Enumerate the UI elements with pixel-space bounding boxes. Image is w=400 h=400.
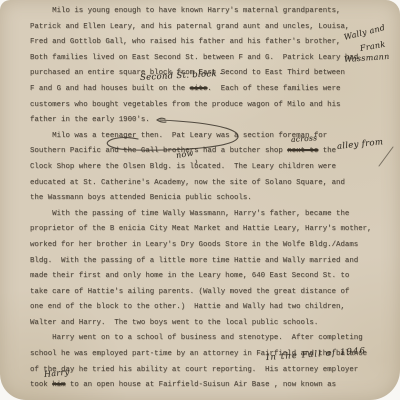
typed-line: made their first and only home in the Le… bbox=[0, 269, 400, 285]
scanned-page: Milo is young enough to have known Harry… bbox=[0, 0, 400, 400]
typed-segment: . Each of these families were bbox=[207, 85, 340, 93]
typed-segment: worked for her brother in Leary's Dry Go… bbox=[30, 241, 358, 249]
typed-segment: Milo was a teenager then. Pat Leary was … bbox=[30, 132, 327, 140]
typed-segment: Harry went on to a school of business an… bbox=[30, 334, 363, 342]
typed-segment: Fred and Gottlob Gall, who raised his fa… bbox=[30, 38, 340, 46]
typed-line: Walter and Harry. The two boys went to t… bbox=[0, 316, 400, 332]
typed-segment: Clock Shop where the Olsen Bldg. is loca… bbox=[30, 163, 336, 171]
typed-line: took him to an open house at Fairfield-S… bbox=[0, 378, 400, 394]
struck-word: next to bbox=[287, 147, 318, 155]
typed-segment: F and G and had houses built on the bbox=[30, 85, 190, 93]
typed-segment: With the passing of time Wally Wassmann,… bbox=[30, 210, 349, 218]
typed-segment: father in the early 1900's. bbox=[30, 116, 150, 124]
typed-line: proprietor of the B enicia City Meat Mar… bbox=[0, 222, 400, 238]
typed-line: worked for her brother in Leary's Dry Go… bbox=[0, 238, 400, 254]
typed-line: Milo is young enough to have known Harry… bbox=[0, 4, 400, 20]
typed-segment: take care of Hattie's ailing parents. (W… bbox=[30, 288, 349, 296]
typed-segment: the Wassmann boys attended Benicia publi… bbox=[30, 194, 252, 202]
typed-line: customers who bought vegetables from the… bbox=[0, 98, 400, 114]
typed-segment: one end of the block to the other.) Hatt… bbox=[30, 303, 345, 311]
typed-segment: customers who bought vegetables from the… bbox=[30, 101, 340, 109]
typed-line: Fred and Gottlob Gall, who raised his fa… bbox=[0, 35, 400, 51]
struck-word: him bbox=[52, 381, 65, 389]
typed-line: Both families lived on East Second St. b… bbox=[0, 51, 400, 67]
typed-segment: Walter and Harry. The two boys went to t… bbox=[30, 319, 318, 327]
typed-segment: Both families lived on East Second St. b… bbox=[30, 54, 358, 62]
typed-segment: Milo is young enough to have known Harry… bbox=[30, 7, 340, 15]
typed-line: educated at St. Catherine's Academy, now… bbox=[0, 176, 400, 192]
typed-segment: of the day he tried his ability at court… bbox=[30, 366, 358, 374]
typed-segment: made their first and only home in the Le… bbox=[30, 272, 349, 280]
typed-segment: educated at St. Catherine's Academy, now… bbox=[30, 179, 345, 187]
typed-line: Bldg. With the passing of a little more … bbox=[0, 254, 400, 270]
typed-line: father in the early 1900's. bbox=[0, 113, 400, 129]
typed-segment: took bbox=[30, 381, 52, 389]
struck-word: site bbox=[190, 85, 208, 93]
typed-segment: to an open house at Fairfield-Suisun Air… bbox=[66, 381, 337, 389]
typed-line: Patrick and Ellen Leary, and his paterna… bbox=[0, 20, 400, 36]
typed-line: F and G and had houses built on the site… bbox=[0, 82, 400, 98]
typed-line: one end of the block to the other.) Hatt… bbox=[0, 300, 400, 316]
typed-line: take care of Hattie's ailing parents. (W… bbox=[0, 285, 400, 301]
typed-line: With the passing of time Wally Wassmann,… bbox=[0, 207, 400, 223]
typed-line: Clock Shop where the Olsen Bldg. is loca… bbox=[0, 160, 400, 176]
handwritten-across-insert: across bbox=[291, 133, 318, 144]
typed-segment: proprietor of the B enicia City Meat Mar… bbox=[30, 225, 372, 233]
typed-segment: Patrick and Ellen Leary, and his paterna… bbox=[30, 23, 349, 31]
typed-line: Harry went on to a school of business an… bbox=[0, 331, 400, 347]
typed-segment: Bldg. With the passing of a little more … bbox=[30, 257, 358, 265]
typed-segment: Southern Pacific and the Gall brothers h… bbox=[30, 147, 287, 155]
typed-segment: the bbox=[318, 147, 336, 155]
typed-line: the Wassmann boys attended Benicia publi… bbox=[0, 191, 400, 207]
typed-text: Milo is young enough to have known Harry… bbox=[0, 4, 400, 394]
